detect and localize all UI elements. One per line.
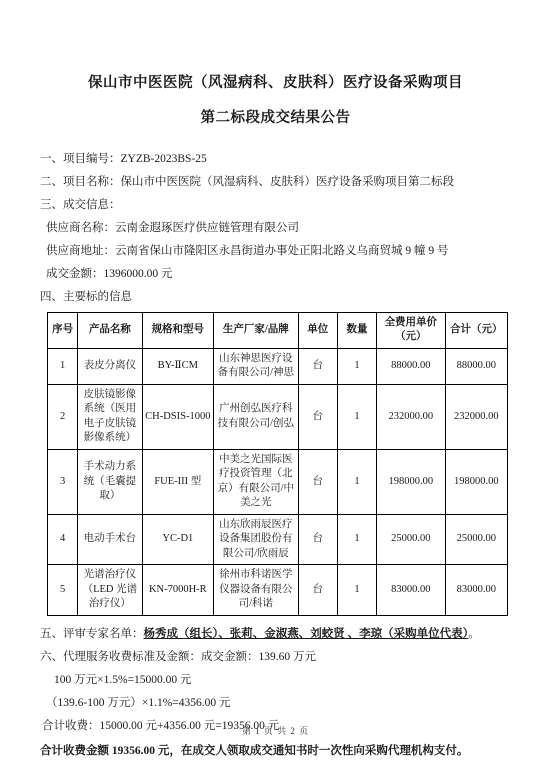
expert-list-label: 五、评审专家名单：: [40, 628, 144, 640]
cell-total: 88000.00: [445, 348, 507, 384]
cell-spec-model: CH-DSIS-1000: [142, 384, 213, 449]
cell-unit: 台: [298, 384, 337, 449]
cell-product-name: 手术动力系统（毛囊提取）: [78, 449, 142, 514]
items-table: 序号 产品名称 规格和型号 生产厂家/品牌 单位 数量 全费用单价（元） 合计（…: [47, 312, 508, 616]
cell-product-name: 皮肤镜影像系统（医用电子皮肤镜影像系统）: [78, 384, 142, 449]
cell-product-name: 光谱治疗仪（LED 光谱治疗仪）: [78, 565, 142, 615]
cell-index: 5: [48, 565, 78, 615]
cell-manufacturer-brand: 徐州市科诺医学仪器设备有限公司/科诺: [214, 565, 299, 615]
cell-index: 3: [48, 449, 78, 514]
header-cell-spec-model: 规格和型号: [142, 313, 213, 349]
header-cell-total: 合计（元）: [445, 313, 507, 349]
cell-unit: 台: [298, 348, 337, 384]
cell-manufacturer-brand: 中美之光国际医疗投资管理（北京）有限公司/中美之光: [214, 449, 299, 514]
table-row: 4 电动手术台 YC-D1 山东欣雨辰医疗设备集团股份有限公司/欣雨辰 台 1 …: [48, 514, 508, 564]
cell-spec-model: YC-D1: [142, 514, 213, 564]
cell-quantity: 1: [337, 565, 376, 615]
cell-manufacturer-brand: 广州创弘医疗科技有限公司/创弘: [214, 384, 299, 449]
cell-quantity: 1: [337, 514, 376, 564]
cell-product-name: 电动手术台: [78, 514, 142, 564]
fee-summary-line: 合计收费金额 19356.00 元，在成交人领取成交通知书时一次性向采购代理机构…: [40, 740, 511, 763]
cell-product-name: 表皮分离仪: [78, 348, 142, 384]
header-cell-unit-price: 全费用单价（元）: [377, 313, 445, 349]
cell-index: 2: [48, 384, 78, 449]
section-deal-info-heading: 三、成交信息：: [40, 194, 511, 217]
agency-fee-heading: 六、代理服务收费标准及金额：成交金额：139.60 万元: [40, 646, 511, 669]
header-cell-quantity: 数量: [337, 313, 376, 349]
section-main-subject-heading: 四、主要标的信息: [40, 286, 511, 309]
cell-index: 1: [48, 348, 78, 384]
cell-unit: 台: [298, 449, 337, 514]
cell-manufacturer-brand: 山东欣雨辰医疗设备集团股份有限公司/欣雨辰: [214, 514, 299, 564]
cell-total: 25000.00: [445, 514, 507, 564]
cell-unit-price: 232000.00: [377, 384, 445, 449]
cell-quantity: 1: [337, 384, 376, 449]
doc-title-line1: 保山市中医医院（风湿病科、皮肤科）医疗设备采购项目: [40, 66, 511, 101]
fee-line-1: 100 万元×1.5%=15000.00 元: [40, 669, 511, 692]
document-page: 保山市中医医院（风湿病科、皮肤科）医疗设备采购项目 第二标段成交结果公告 一、项…: [0, 0, 551, 781]
cell-manufacturer-brand: 山东神思医疗设备有限公司/神思: [214, 348, 299, 384]
cell-total: 198000.00: [445, 449, 507, 514]
expert-list-period: 。: [468, 628, 480, 640]
cell-unit-price: 88000.00: [377, 348, 445, 384]
section-project-name: 二、项目名称：保山市中医医院（风湿病科、皮肤科）医疗设备采购项目第二标段: [40, 171, 511, 194]
cell-quantity: 1: [337, 449, 376, 514]
cell-unit-price: 83000.00: [377, 565, 445, 615]
cell-spec-model: BY-ⅡCM: [142, 348, 213, 384]
deal-amount-line: 成交金额：1396000.00 元: [40, 263, 511, 286]
expert-names: 杨秀成（组长）、张莉、金淑燕、刘蛟贤 、李琼（采购单位代表）: [144, 628, 469, 640]
table-row: 2 皮肤镜影像系统（医用电子皮肤镜影像系统） CH-DSIS-1000 广州创弘…: [48, 384, 508, 449]
cell-total: 83000.00: [445, 565, 507, 615]
doc-title-line2: 第二标段成交结果公告: [40, 101, 511, 136]
supplier-name-line: 供应商名称：云南金遐琢医疗供应链管理有限公司: [40, 217, 511, 240]
cell-total: 232000.00: [445, 384, 507, 449]
supplier-address-line: 供应商地址：云南省保山市隆阳区永昌街道办事处正阳北路义乌商贸城 9 幢 9 号: [40, 240, 511, 263]
fee-line-2: （139.6-100 万元）×1.1%=4356.00 元: [40, 692, 511, 715]
table-header-row: 序号 产品名称 规格和型号 生产厂家/品牌 单位 数量 全费用单价（元） 合计（…: [48, 313, 508, 349]
cell-unit-price: 25000.00: [377, 514, 445, 564]
cell-index: 4: [48, 514, 78, 564]
cell-unit: 台: [298, 565, 337, 615]
page-footer: 第 1 页 共 2 页: [0, 724, 551, 737]
table-row: 1 表皮分离仪 BY-ⅡCM 山东神思医疗设备有限公司/神思 台 1 88000…: [48, 348, 508, 384]
header-cell-index: 序号: [48, 313, 78, 349]
header-cell-manufacturer-brand: 生产厂家/品牌: [214, 313, 299, 349]
cell-spec-model: FUE-III 型: [142, 449, 213, 514]
cell-spec-model: KN-7000H-R: [142, 565, 213, 615]
table-row: 3 手术动力系统（毛囊提取） FUE-III 型 中美之光国际医疗投资管理（北京…: [48, 449, 508, 514]
section-project-number: 一、项目编号：ZYZB-2023BS-25: [40, 148, 511, 171]
header-cell-unit: 单位: [298, 313, 337, 349]
table-row: 5 光谱治疗仪（LED 光谱治疗仪） KN-7000H-R 徐州市科诺医学仪器设…: [48, 565, 508, 615]
cell-unit: 台: [298, 514, 337, 564]
cell-unit-price: 198000.00: [377, 449, 445, 514]
cell-quantity: 1: [337, 348, 376, 384]
expert-list-line: 五、评审专家名单：杨秀成（组长）、张莉、金淑燕、刘蛟贤 、李琼（采购单位代表）。: [40, 622, 511, 646]
header-cell-product-name: 产品名称: [78, 313, 142, 349]
